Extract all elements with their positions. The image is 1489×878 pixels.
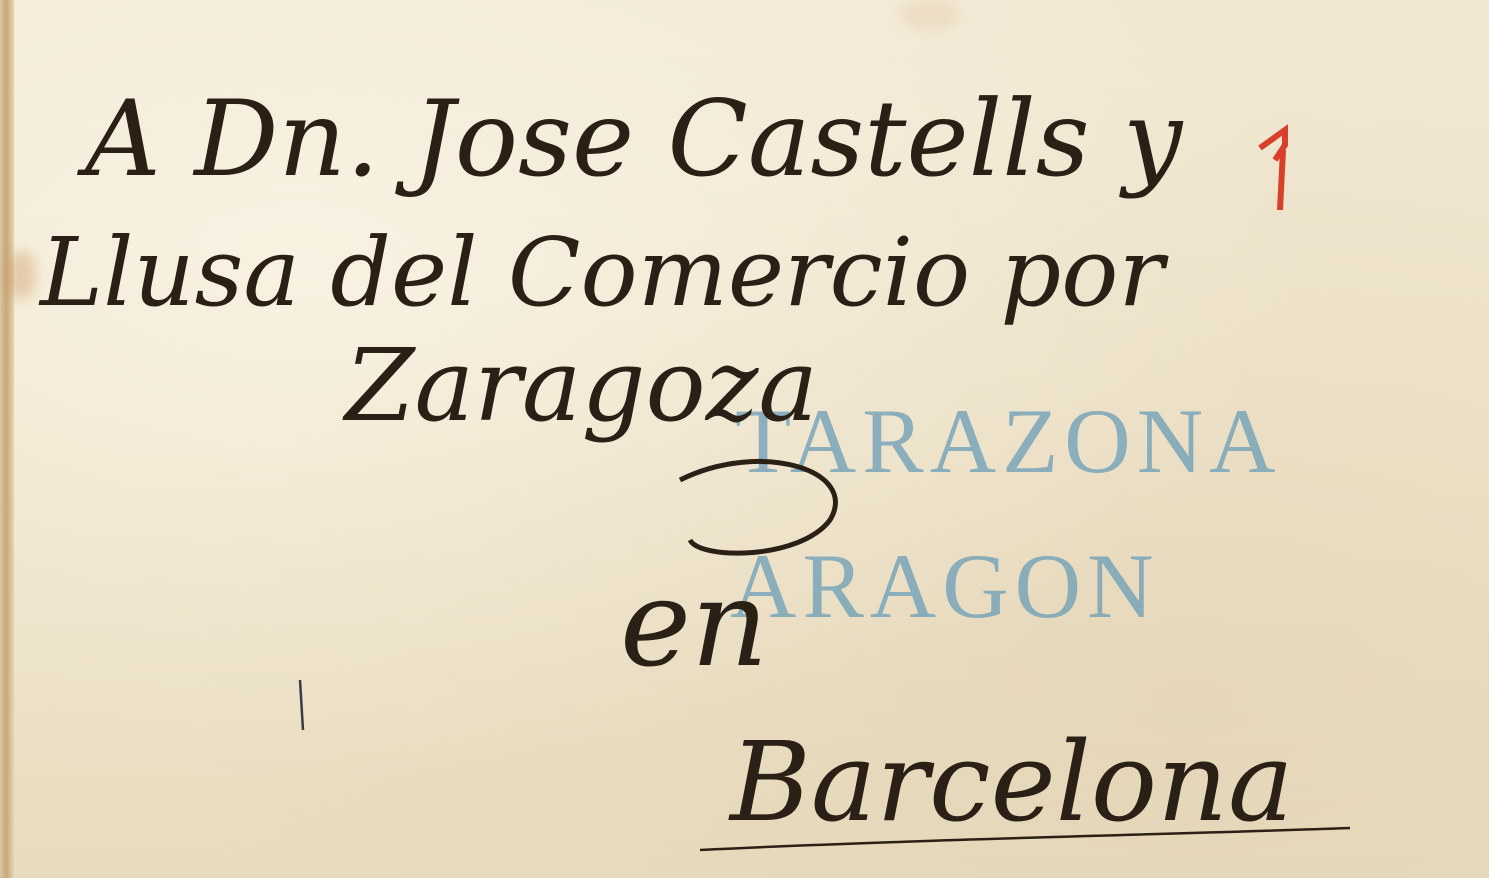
flourish-p xyxy=(680,461,835,553)
letter-cover: TARAZONA ARAGON A Dn. Jose Castells y Ll… xyxy=(0,0,1489,878)
handwriting: A Dn. Jose Castells y Llusa del Comercio… xyxy=(0,0,1489,878)
address-line-5: Barcelona xyxy=(728,718,1294,846)
address-line-2: Llusa del Comercio por xyxy=(38,218,1169,328)
rate-mark-5 xyxy=(1260,130,1285,210)
address-line-1: A Dn. Jose Castells y xyxy=(77,78,1184,200)
address-line-3: Zaragoza xyxy=(342,327,818,444)
pen-mark xyxy=(300,680,303,730)
address-line-4: en xyxy=(620,555,768,694)
